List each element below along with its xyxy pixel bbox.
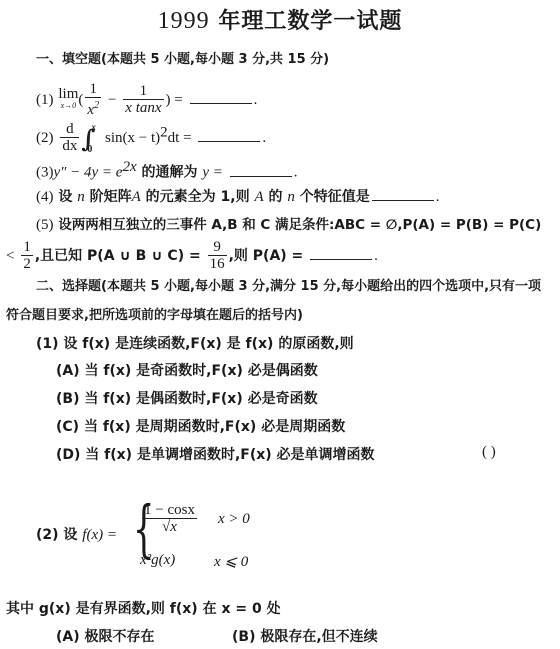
answer-blank — [310, 258, 372, 260]
fraction: 1x2 — [85, 82, 101, 118]
question-1-5: (5) 设两两相互独立的三事件 A,B 和 C 满足条件:ABC = ∅,P(A… — [36, 213, 541, 234]
question-1-2: (2) ddx∫x0 sin(x − t)2dt = . — [36, 122, 266, 154]
option-c: (C) 当 f(x) 是周期函数时,F(x) 必是周期函数 — [56, 416, 345, 436]
question-2-2-label: (2) 设 f(x) = — [36, 524, 117, 544]
case-2: x²g(x) — [140, 552, 175, 569]
question-1-5-cont: < 12,且已知 P(A ∪ B ∪ C) = 916,则 P(A) = . — [6, 240, 378, 272]
section2-header: 二、选择题(本题共 5 小题,每小题 3 分,满分 15 分,每小题给出的四个选… — [36, 275, 541, 294]
section2-header-cont: 符合题目要求,把所选项前的字母填在题后的括号内) — [6, 304, 303, 323]
question-1-1: (1) limx→0(1x2 − 1x tanx) = . — [36, 82, 257, 118]
option-a: (A) 极限不存在 — [56, 626, 155, 646]
option-b: (B) 极限存在,但不连续 — [232, 626, 378, 646]
integral-sign: ∫x0 — [81, 124, 95, 153]
limit-operator: limx→0 — [58, 88, 78, 112]
case-2-condition: x ⩽ 0 — [214, 552, 248, 571]
question-1-4: (4) 设 n 阶矩阵A 的元素全为 1,则 A 的 n 个特征值是. — [36, 186, 440, 206]
answer-blank — [230, 175, 292, 177]
answer-blank — [190, 102, 252, 104]
answer-parentheses: ( ) — [482, 444, 496, 461]
fraction: 1x tanx — [123, 84, 163, 116]
case-1-condition: x > 0 — [218, 511, 250, 528]
fraction: 12 — [21, 240, 33, 272]
answer-blank — [372, 199, 434, 201]
question-2-2-tail: 其中 g(x) 是有界函数,则 f(x) 在 x = 0 处 — [6, 598, 281, 618]
option-d: (D) 当 f(x) 是单调增函数时,F(x) 必是单调增函数 — [56, 444, 375, 464]
derivative-operator: ddx — [60, 122, 79, 154]
page-title: 1999 年理工数学一试题 — [0, 4, 560, 35]
question-1-3: (3)y″ − 4y = e2x 的通解为 y = . — [36, 159, 298, 182]
case-1: 1 − cosx√x — [140, 503, 199, 535]
option-b: (B) 当 f(x) 是偶函数时,F(x) 必是奇函数 — [56, 388, 318, 408]
section1-header: 一、填空题(本题共 5 小题,每小题 3 分,共 15 分) — [36, 48, 329, 67]
question-2-1-stem: (1) 设 f(x) 是连续函数,F(x) 是 f(x) 的原函数,则 — [36, 333, 354, 353]
answer-blank — [198, 140, 260, 142]
fraction: 916 — [208, 240, 227, 272]
option-a: (A) 当 f(x) 是奇函数时,F(x) 必是偶函数 — [56, 360, 318, 380]
